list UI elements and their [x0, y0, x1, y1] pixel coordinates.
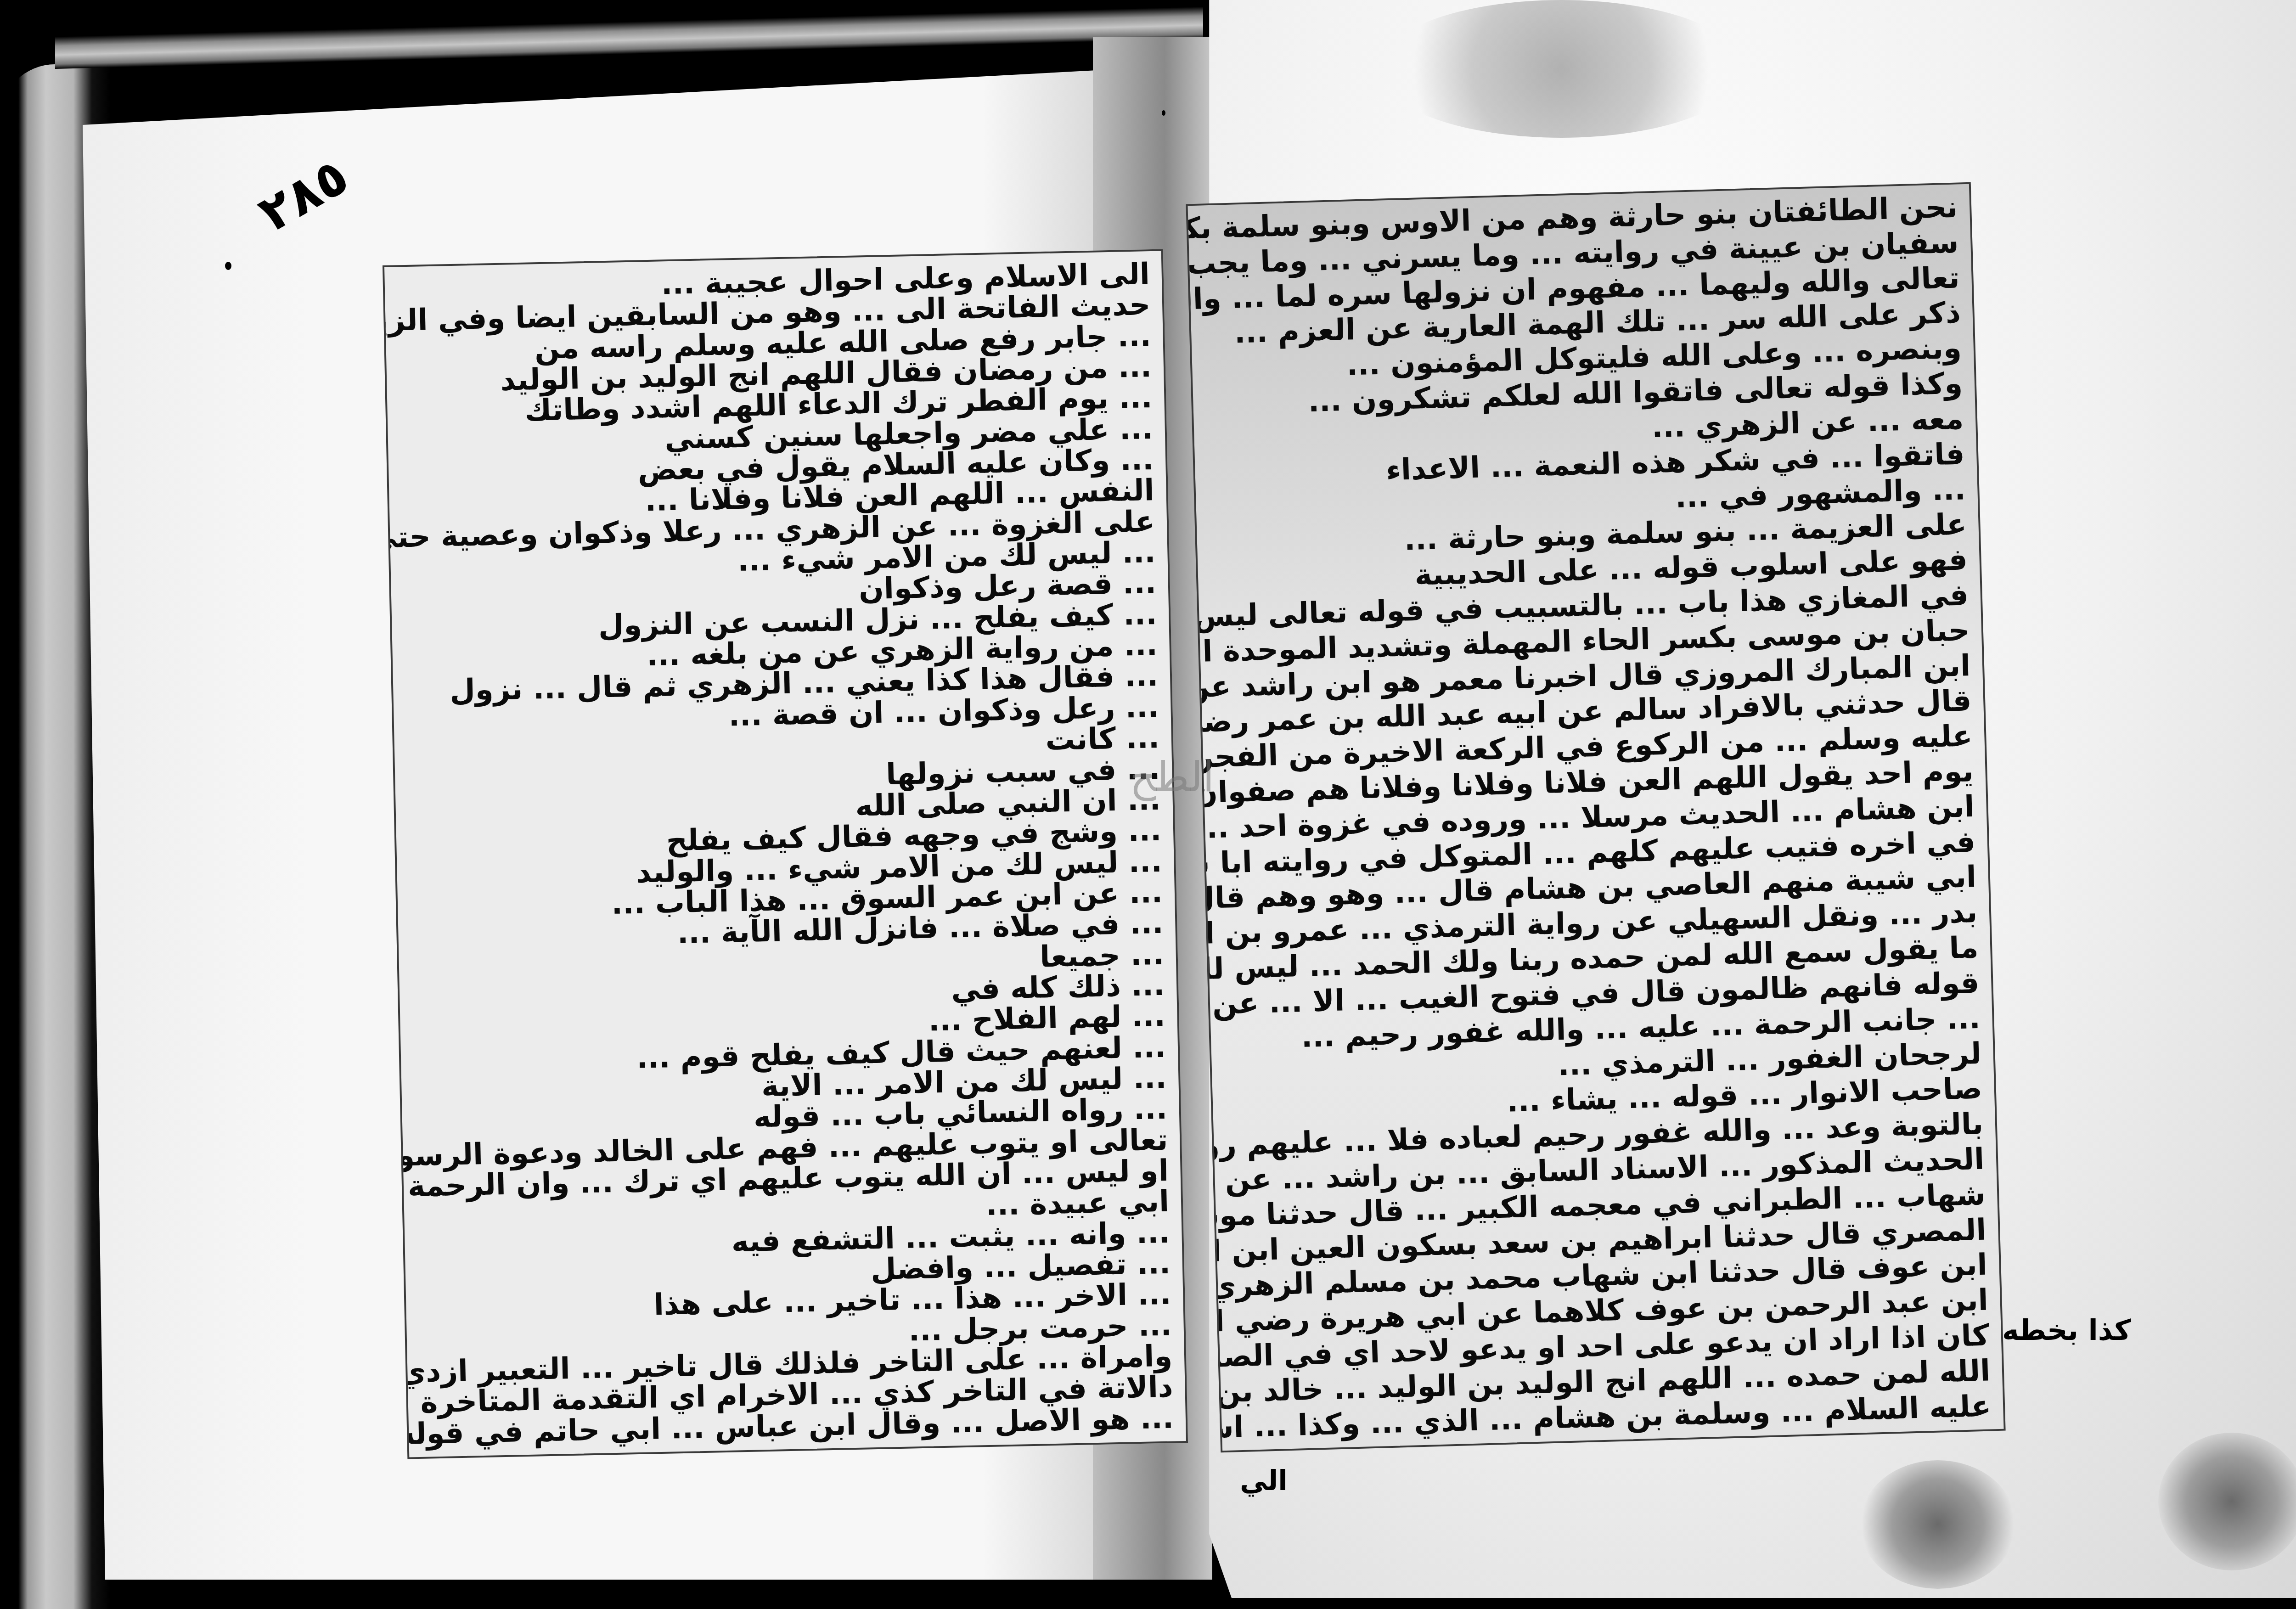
book-cover-top-edge: [55, 0, 1203, 69]
water-stain: [1860, 1460, 2016, 1589]
right-page-text-block: نحن الطائفتان بنو حارثة وهم من الاوس وبن…: [1186, 182, 2005, 1453]
left-page-text-block: الى الاسلام وعلى احوال عجيبة ...حديث الف…: [383, 249, 1188, 1459]
watermark: الطح: [1130, 753, 1214, 801]
ink-spot: [225, 262, 231, 270]
margin-note: كذا بخطه: [2002, 1313, 2131, 1347]
water-stain: [2158, 1433, 2296, 1570]
ink-spot: [1162, 110, 1165, 116]
water-stain: [1378, 0, 1745, 138]
catchword: الي: [1240, 1465, 1288, 1497]
